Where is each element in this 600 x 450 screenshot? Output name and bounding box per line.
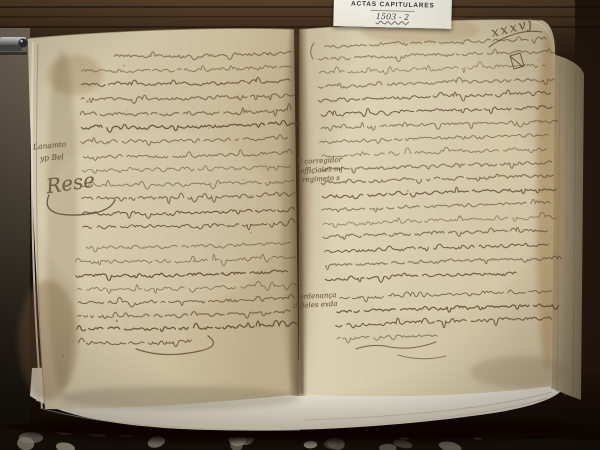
- manuscript-photo-art: [0, 0, 600, 450]
- metal-clamp: [0, 37, 28, 55]
- archive-label: ACTAS CAPITULARES 1503 - 2: [333, 0, 452, 29]
- margin-note: yp Bel: [40, 152, 64, 163]
- photo-of-open-manuscript: ACTAS CAPITULARES 1503 - 2 xxxvj Lanamto…: [0, 0, 600, 450]
- archive-label-year: 1503 - 2: [376, 12, 409, 22]
- archive-label-title: ACTAS CAPITULARES: [351, 0, 435, 9]
